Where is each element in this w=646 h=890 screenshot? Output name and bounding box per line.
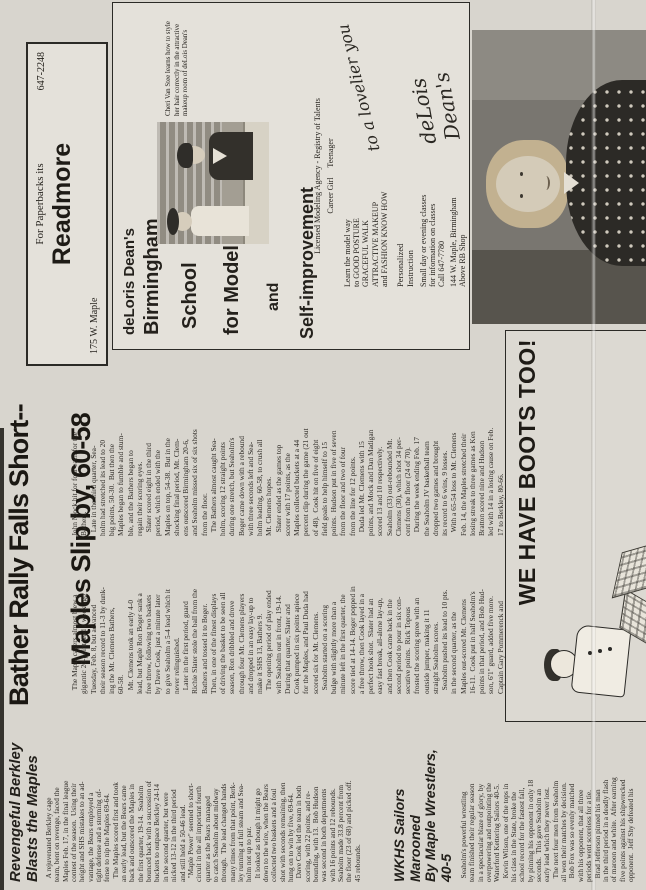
newspaper-sheet-rotated: Revengeful Berkley Blasts the Maples A r… (0, 0, 646, 890)
berkley-body: A rejuvenated Berkley cage team, bent on… (45, 730, 362, 882)
boy-jacket (571, 624, 632, 697)
deloris-personalized: Personalized Instruction (395, 244, 415, 287)
boy-jacket-button (608, 647, 612, 651)
woman-face (496, 156, 560, 212)
deloris-learn-block: Learn the model way to GOOD POSTURE GRAC… (343, 192, 389, 287)
readmore-tagline: For Paperbacks its (34, 44, 46, 364)
readmore-address: 175 W. Maple (89, 298, 100, 354)
bather-column-1: The Maple cagers almost blew a gigantic … (70, 542, 505, 694)
boy-jacket-button (598, 649, 602, 653)
woman-smile (542, 176, 550, 190)
ad-boots: WE HAVE BOOTS TOO! (505, 330, 646, 722)
deloris-script-signature: deLois Dean's (393, 0, 465, 146)
deloris-script-lovelier: to a lovelier you (334, 22, 384, 153)
deloris-line-school: School (179, 262, 202, 329)
deloris-photo-hair-styling (157, 122, 269, 244)
article-berkley: Revengeful Berkley Blasts the Maples A r… (8, 730, 362, 882)
deloris-line-and: and (265, 283, 283, 311)
readmore-phone: 647-2248 (36, 52, 47, 90)
paper-fold-crease (591, 0, 596, 890)
boy-plaid-leg-right (612, 538, 646, 599)
readmore-name: Readmore (48, 44, 77, 364)
bather-column-2: John Mock hit for four each for the Bath… (70, 384, 505, 536)
deloris-career-line: Career Girl Teenager (326, 3, 335, 349)
deloris-name: deLoris Dean's (121, 228, 138, 335)
wkhs-headline: WKHS Sailors Marooned By Maple Wrestlers… (392, 730, 454, 882)
bather-headline-line1: Bather Rally Falls Short-- (4, 404, 34, 706)
article-wkhs: WKHS Sailors Marooned By Maple Wrestlers… (392, 730, 635, 882)
screenshot-stage: Revengeful Berkley Blasts the Maples A r… (0, 0, 646, 890)
cheri-hair (177, 143, 193, 168)
boots-headline: WE HAVE BOOTS TOO! (514, 339, 541, 605)
stylist-beret (167, 208, 179, 235)
ad-readmore: For Paperbacks its Readmore 175 W. Maple… (26, 42, 108, 366)
ad-deloris: deLoris Dean's Birmingham School for Mod… (112, 2, 470, 350)
wkhs-body: Seaholm's powerful wrestling team finish… (460, 730, 635, 882)
deloris-photo-caption: Cheri Van Stee learns how to style her h… (165, 10, 191, 116)
deloris-classes-block: Small day or evening classes for informa… (419, 195, 447, 287)
deloris-licensed-line: Licensed Modeling Agency - Registry of T… (313, 3, 322, 349)
woman-eye (520, 172, 523, 176)
woman-eye (520, 194, 523, 198)
deloris-address-block: 144 W. Maple, Birmingham Above RB Shop (449, 197, 467, 287)
woman-portrait-photo (472, 30, 646, 324)
berkley-headline: Revengeful Berkley Blasts the Maples (8, 730, 41, 882)
stylist-figure (191, 206, 249, 236)
